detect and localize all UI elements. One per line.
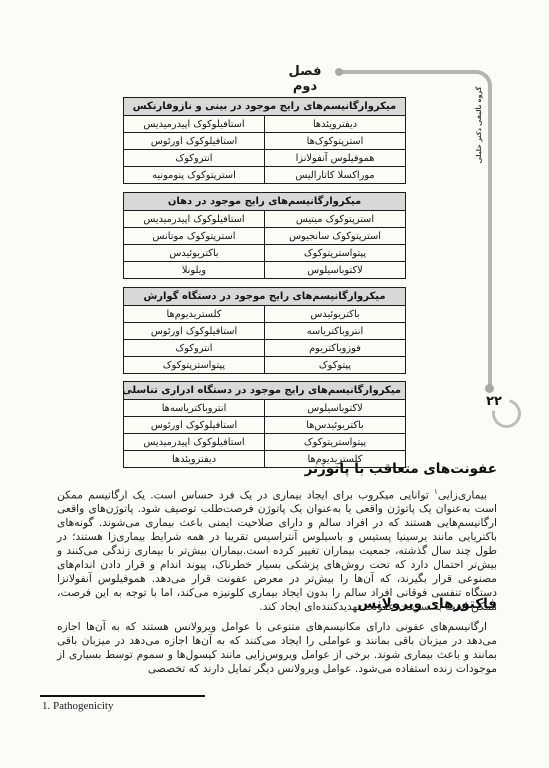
table-row: باکتریوئیدس‌هااستافیلوکوک اورئوس [124,417,406,434]
footnote-text: 1. Pathogenicity [42,700,114,712]
table-row: فوزوباکتریومانتروکوک [124,340,406,357]
section-heading-pathogen-infections: عفونت‌های متعاقب با پاتوژنز [57,461,497,477]
table-cell: انتروکوک [124,150,265,167]
table-cell: استرپتوکوک پنومونیه [124,167,265,184]
table-row: استرپتوکوک سانجیوساسترپتوکوک موتانس [124,228,406,245]
table-cell: استرپتوکوک موتانس [124,228,265,245]
table-row: استرپتوکوک‌هااستافیلوکوک اورئوس [124,133,406,150]
table-row: دیفترویئدهااستافیلوکوک اپیدرمیدیس [124,116,406,133]
table-row: لاکتوباسیلوسانتروباکتریاسه‌ها [124,400,406,417]
book-page: فصل دوم گروه تألیفی دکتر خلیلی ۲۲ میکروا… [0,0,549,768]
table-cell: استافیلوکوک اپیدرمیدیس [124,116,265,133]
chapter-label: فصل دوم [276,64,334,94]
flora-table-nose-nasopharynx: میکروارگانیسم‌های رایج موجود در بینی و ن… [123,97,406,184]
table-title: میکروارگانیسم‌های رایج موجود در دستگاه گ… [124,288,406,306]
table-cell: انتروکوک [124,340,265,357]
table-cell: استرپتوکوک سانجیوس [265,228,406,245]
table-cell: دیفترویئدها [265,116,406,133]
table-cell: استافیلوکوک اپیدرمیدیس [124,434,265,451]
table-cell: انتروباکتریاسه [265,323,406,340]
table-cell: پپتوکوک [265,357,406,374]
table-cell: باکتریوئیدس [265,306,406,323]
flora-table-gi-tract: میکروارگانیسم‌های رایج موجود در دستگاه گ… [123,287,406,374]
table-title: میکروارگانیسم‌های رایج موجود در دهان [124,193,406,211]
table-cell: انتروباکتریاسه‌ها [124,400,265,417]
table-cell: استافیلوکوک اورئوس [124,417,265,434]
paragraph-lead-word: بیماری‌زایی [438,489,487,502]
section-paragraph-pathogen-infections: بیماری‌زایی۱ توانایی میکروب برای ایجاد ب… [57,486,497,614]
table-cell: استرپتوکوک میتیس [265,211,406,228]
paragraph-body: توانایی میکروب برای ایجاد بیماری در یک ف… [57,489,497,613]
table-title: میکروارگانیسم‌های رایج موجود در دستگاه ا… [124,382,406,400]
edge-vertical-text: گروه تألیفی دکتر خلیلی [475,86,485,164]
table-cell: لاکتوباسیلوس [265,400,406,417]
table-title: میکروارگانیسم‌های رایج موجود در بینی و ن… [124,98,406,116]
table-cell: لاکتوباسیلوس [265,262,406,279]
page-number-dot [485,384,494,393]
table-cell: فوزوباکتریوم [265,340,406,357]
table-cell: استافیلوکوک اورئوس [124,323,265,340]
chapter-line-dot [335,68,343,76]
table-row: پپتواسترپتوکوکاستافیلوکوک اپیدرمیدیس [124,434,406,451]
flora-table-urogenital: میکروارگانیسم‌های رایج موجود در دستگاه ا… [123,381,406,468]
footnote-separator-rule [40,695,205,697]
table-cell: باکتریوئیدس [124,245,265,262]
section-paragraph-virulence-factors: ارگانیسم‌های عفونی دارای مکانیسم‌های متن… [57,620,497,676]
table-cell: کلستریدیوم‌ها [124,306,265,323]
table-cell: استرپتوکوک‌ها [265,133,406,150]
table-row: پپتوکوکپپتواسترپتوکوک [124,357,406,374]
table-cell: ویلونلا [124,262,265,279]
table-cell: موراکسلا کاتارالیس [265,167,406,184]
flora-table-mouth: میکروارگانیسم‌های رایج موجود در دهان است… [123,192,406,279]
table-cell: استافیلوکوک اپیدرمیدیس [124,211,265,228]
table-cell: پپتواسترپتوکوک [265,434,406,451]
table-cell: پپتواسترپتوکوک [265,245,406,262]
table-row: هموفیلوس آنفولانزاانتروکوک [124,150,406,167]
table-cell: باکتریوئیدس‌ها [265,417,406,434]
table-row: باکتریوئیدسکلستریدیوم‌ها [124,306,406,323]
table-row: موراکسلا کاتارالیساسترپتوکوک پنومونیه [124,167,406,184]
table-cell: هموفیلوس آنفولانزا [265,150,406,167]
table-cell: استافیلوکوک اورئوس [124,133,265,150]
table-row: لاکتوباسیلوسویلونلا [124,262,406,279]
section-heading-virulence-factors: فاکتورهای ویرولانس [57,596,497,612]
table-row: استرپتوکوک میتیساستافیلوکوک اپیدرمیدیس [124,211,406,228]
table-row: انتروباکتریاسهاستافیلوکوک اورئوس [124,323,406,340]
table-row: پپتواسترپتوکوکباکتریوئیدس [124,245,406,262]
table-cell: پپتواسترپتوکوک [124,357,265,374]
